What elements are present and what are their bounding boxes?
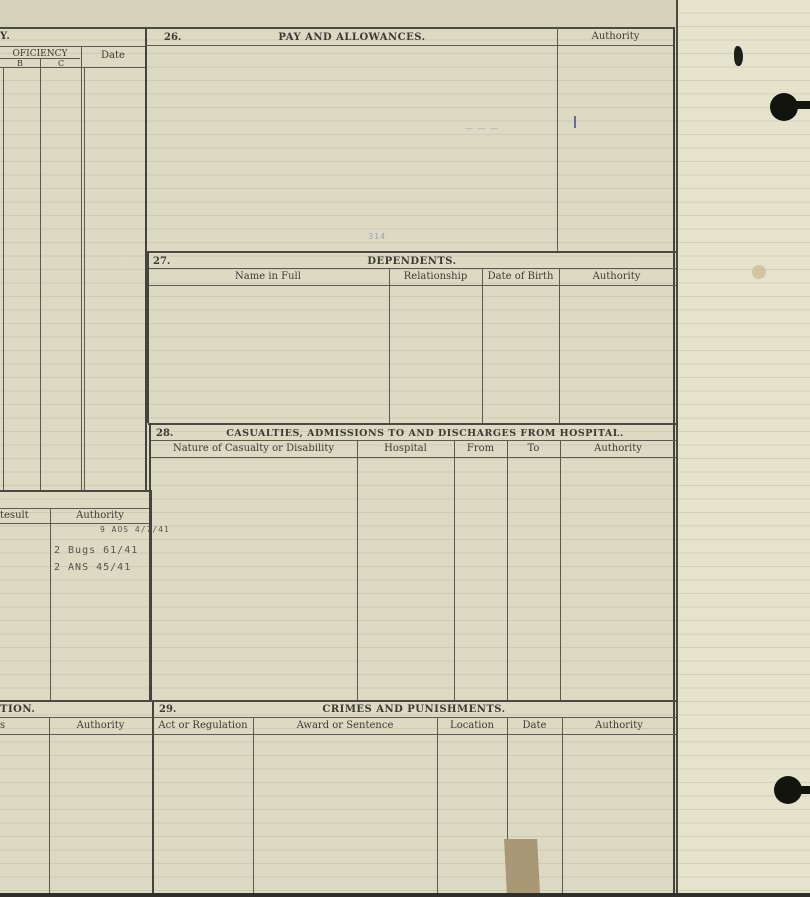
casualties-col-hospital: Hospital [357, 443, 454, 455]
crimes-col-location: Location [437, 720, 507, 732]
left-middle-col-div [50, 508, 51, 700]
pay-header-rule [146, 45, 674, 46]
dependents-header-rule [148, 285, 676, 286]
stain-spot [752, 265, 766, 279]
dependents-title-rule [148, 268, 676, 269]
left-bottom-col-fragment: s [0, 720, 5, 732]
left-bottom-header-rule [0, 734, 152, 735]
dependents-col-authority: Authority [559, 271, 674, 283]
casualties-col-authority: Authority [560, 443, 676, 455]
left-col-div-bc [40, 58, 41, 490]
casualties-header-rule [150, 457, 676, 458]
left-col-div-2 [84, 67, 85, 490]
left-col-div-date [81, 46, 82, 490]
dependents-top-rule [146, 251, 676, 253]
page-top-margin [0, 0, 676, 27]
handwritten-entry-1: 9 AOS 4/7/41 [100, 525, 170, 534]
left-middle-header-rule [0, 523, 150, 524]
pay-authority-header: Authority [558, 31, 673, 43]
handwritten-entry-2: 2 Bugs 61/41 [54, 545, 138, 556]
crimes-col-date: Date [507, 720, 562, 732]
casualties-section-number: 28. [156, 428, 173, 439]
left-bottom-title-fragment: TION. [0, 704, 35, 716]
casualties-title-rule [150, 440, 676, 441]
left-date-header: Date [81, 50, 145, 62]
form-page: Y. OFICIENCY B C Date tesult Authority 9… [0, 0, 676, 897]
left-top-title-rule [0, 46, 146, 47]
ink-blot [734, 46, 743, 66]
handwritten-entry-3: 2 ANS 45/41 [54, 562, 131, 573]
casualties-left-border [149, 423, 151, 700]
casualties-div-4 [560, 440, 561, 700]
left-bottom-col-div [49, 717, 50, 893]
pay-ink-tick [574, 116, 576, 128]
casualties-div-1 [357, 440, 358, 700]
casualties-section-title: CASUALTIES, ADMISSIONS TO AND DISCHARGES… [175, 428, 675, 440]
dependents-left-border [147, 251, 149, 423]
left-middle-authority-header: Authority [50, 510, 150, 522]
dependents-section-title: DEPENDENTS. [148, 256, 676, 268]
left-top-title-fragment: Y. [0, 31, 10, 43]
crimes-section-title: CRIMES AND PUNISHMENTS. [152, 704, 676, 716]
crimes-div-4 [562, 717, 563, 893]
crimes-header-rule [153, 734, 676, 735]
casualties-div-3 [507, 440, 508, 700]
dependents-div-1 [389, 268, 390, 423]
pay-faint-mark-2: 314 [368, 232, 386, 241]
punch-hole-bottom-tail [794, 786, 810, 794]
casualties-div-2 [454, 440, 455, 700]
top-border [0, 27, 674, 29]
pay-authority-divider [557, 27, 558, 251]
dependents-div-2 [482, 268, 483, 423]
crimes-div-1 [253, 717, 254, 893]
left-middle-top-rule [0, 490, 150, 492]
crimes-div-2 [437, 717, 438, 893]
punch-hole-top-tail [790, 101, 810, 109]
main-right-border [673, 27, 675, 893]
left-col-div-1 [3, 67, 4, 490]
pay-faint-mark-1: — — — [465, 124, 499, 133]
left-bottom-authority-header: Authority [49, 720, 152, 732]
adjacent-sheet [676, 0, 810, 897]
casualties-top-rule [148, 423, 676, 425]
left-bottom-top-rule [0, 700, 152, 702]
left-top-header-rule [0, 67, 146, 68]
left-middle-rule-2 [0, 508, 150, 509]
dependents-col-name: Name in Full [148, 271, 388, 283]
scan-bottom-edge [0, 893, 810, 897]
proficiency-col-b: B [0, 58, 40, 70]
casualties-col-to: To [507, 443, 560, 455]
crimes-title-rule [153, 717, 676, 718]
casualties-col-nature: Nature of Casualty or Disability [150, 443, 357, 455]
crimes-col-act: Act or Regulation [153, 720, 253, 732]
paper-tape-strip [504, 839, 540, 893]
result-header: tesult [0, 510, 29, 522]
crimes-col-authority: Authority [562, 720, 676, 732]
crimes-col-award: Award or Sentence [253, 720, 437, 732]
proficiency-col-c: C [41, 58, 81, 70]
dependents-col-relationship: Relationship [389, 271, 482, 283]
crimes-top-rule [152, 700, 676, 702]
pay-section-title: PAY AND ALLOWANCES. [147, 32, 557, 44]
dependents-div-3 [559, 268, 560, 423]
left-bottom-rule-2 [0, 717, 152, 718]
casualties-col-from: From [454, 443, 507, 455]
dependents-col-dob: Date of Birth [482, 271, 559, 283]
